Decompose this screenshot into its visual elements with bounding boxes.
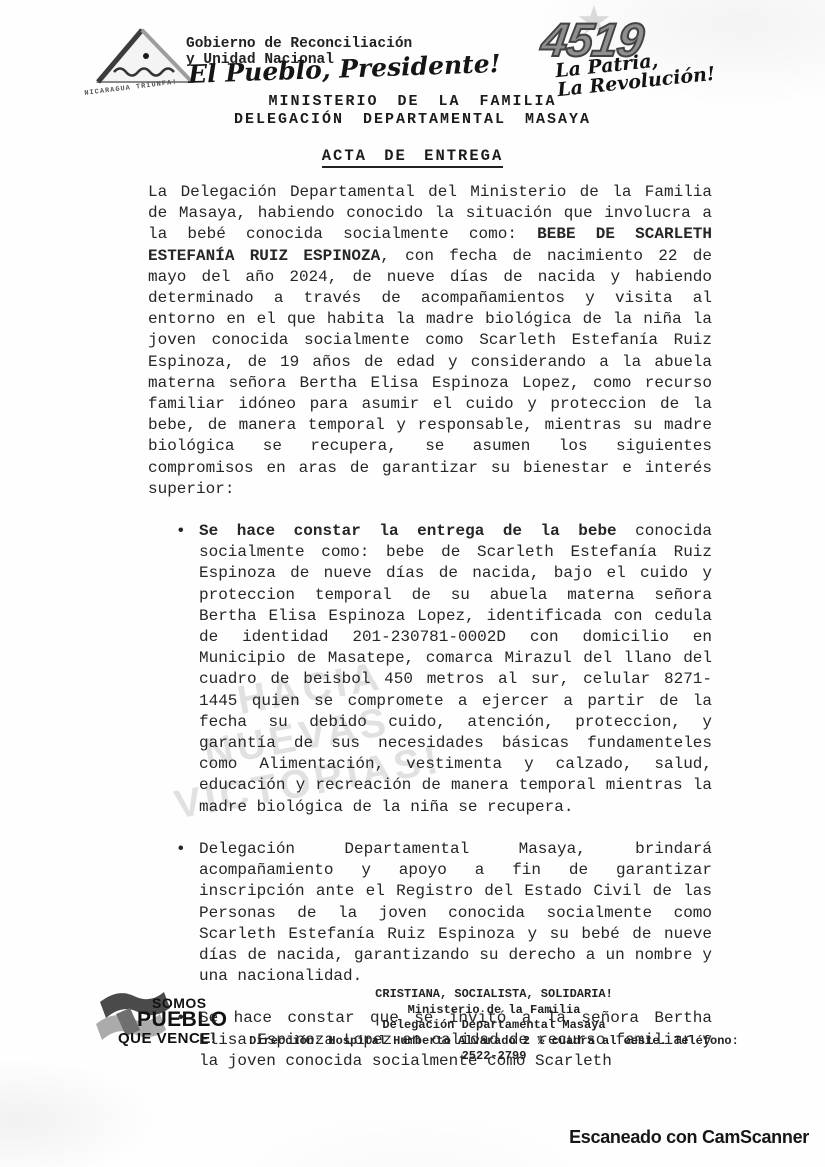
document-title-text: ACTA DE ENTREGA bbox=[322, 147, 504, 168]
government-name-line1: Gobierno de Reconciliación bbox=[186, 36, 412, 52]
document-title: ACTA DE ENTREGA bbox=[0, 147, 825, 168]
scanned-document-page: NICARAGUA TRIUNFA! Gobierno de Reconcili… bbox=[0, 0, 825, 1167]
document-body: La Delegación Departamental del Minister… bbox=[148, 182, 712, 1072]
list-item: Se hace constar que se invitó a la señor… bbox=[176, 1008, 712, 1072]
ministry-heading: MINISTERIO DE LA FAMILIA DELEGACIÓN DEPA… bbox=[0, 93, 825, 129]
camscanner-credit: Escaneado con CamScanner bbox=[569, 1127, 809, 1148]
list-item: Se hace constar la entrega de la bebe co… bbox=[176, 521, 712, 818]
ministry-heading-line2: DELEGACIÓN DEPARTAMENTAL MASAYA bbox=[0, 111, 825, 129]
intro-paragraph: La Delegación Departamental del Minister… bbox=[148, 182, 712, 500]
ministry-heading-line1: MINISTERIO DE LA FAMILIA bbox=[0, 93, 825, 111]
campaign-logo: ★ 4519 La Patria, La Revolución! bbox=[538, 6, 738, 96]
commitments-list: Se hace constar la entrega de la bebe co… bbox=[148, 521, 712, 1072]
list-item: Delegación Departamental Masaya, brindar… bbox=[176, 839, 712, 987]
